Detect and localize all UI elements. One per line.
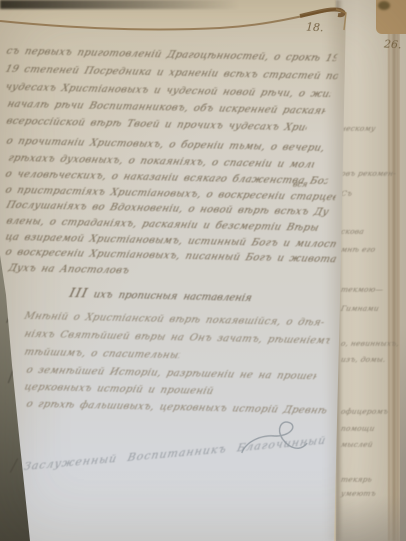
- photo-top-dark-edge: [0, 0, 260, 9]
- margin-fragment: изъ, домы.: [340, 355, 400, 364]
- margin-fragment: Съ: [340, 189, 400, 198]
- margin-fragment: помощи: [340, 424, 400, 433]
- margin-fragment: мнѣ его: [340, 245, 400, 254]
- ink-spot: [378, 1, 390, 10]
- section-numeral: III: [68, 286, 90, 301]
- page-fore-edge: [400, 0, 406, 541]
- margin-fragment: о, невинныхъ,: [340, 339, 400, 348]
- page-number-18: 18.: [306, 21, 324, 35]
- margin-fragment: мыслей: [340, 440, 400, 449]
- margin-fragment: овъ рекомен-: [340, 169, 400, 178]
- margin-fragment: Гимнами: [340, 304, 400, 313]
- margin-fragment: текярь: [340, 475, 400, 484]
- page-26-strip: [336, 0, 406, 541]
- signature-flourish: [231, 417, 315, 470]
- page-number-26: 26.: [384, 37, 402, 51]
- page-edge-band: [388, 0, 400, 541]
- margin-fragment: скова: [340, 227, 400, 236]
- page-strip-shadow: [336, 495, 406, 541]
- margin-fragment: умеютъ: [340, 489, 400, 498]
- margin-fragment: офицеромъ: [340, 407, 400, 416]
- under-page-scribble: [10, 458, 18, 473]
- margin-fragment: нескому: [340, 124, 400, 133]
- browned-corner: [376, 0, 406, 34]
- interlinear-note: вся: [292, 180, 309, 189]
- margin-fragment: текмою—: [340, 285, 400, 294]
- section-heading-text: ихъ прописныя наставленія: [92, 289, 252, 304]
- manuscript-photo: 27 26. нескому овъ рекомен- Съ скова мнѣ…: [0, 0, 406, 541]
